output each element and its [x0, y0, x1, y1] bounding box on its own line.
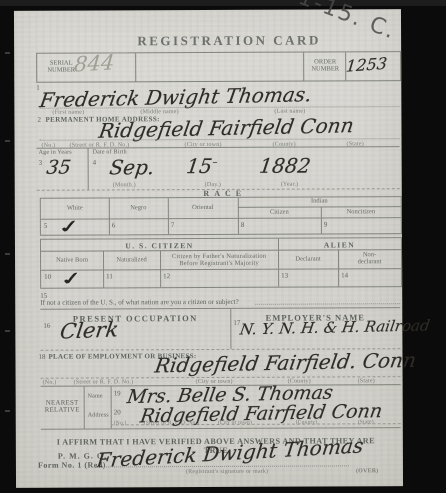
place-of-employment-value: Ridgefield Fairfield. Conn [153, 348, 418, 378]
film-tick [5, 253, 10, 255]
relative-state-label: (State) [358, 419, 374, 425]
dotted-line [94, 465, 349, 467]
birth-month-value: Sep. [108, 155, 156, 179]
occupation-value: Clerk [59, 317, 121, 343]
native-born-label: Native Born [41, 256, 103, 263]
film-tick [5, 52, 10, 54]
age-header: Age in Years [39, 150, 72, 156]
race-white-checkmark: ✓ [57, 216, 82, 239]
rule [41, 268, 401, 271]
divider [84, 387, 85, 429]
employer-value: N. Y. N. H. & H. Railroad [239, 316, 432, 338]
item-3-number: 3 [39, 159, 43, 167]
film-tick [5, 330, 10, 332]
non-declarant-number: 14 [341, 271, 348, 279]
registration-card: REGISTRATION CARD 6-1-15. C. SERIAL NUMB… [14, 9, 403, 488]
rule [41, 217, 401, 220]
relative-city-label: (City or town) [218, 420, 252, 426]
item-17-number: 17 [233, 319, 240, 327]
citizen-by-father-label: Citizen by Father's Naturalization Befor… [160, 253, 278, 268]
serial-number-value: 844 [73, 50, 115, 76]
naturalized-label: Naturalized [103, 256, 160, 263]
divider [109, 198, 110, 234]
dotted-line [40, 138, 400, 141]
order-number-label: ORDER NUMBER [305, 58, 345, 72]
birth-day-value: 15– [185, 154, 219, 178]
film-tick [5, 140, 10, 142]
declarant-label: Declarant [278, 255, 338, 262]
question-15-text: If not a citizen of the U. S., of what n… [40, 298, 239, 307]
race-indian-citizen-label: Citizen [238, 209, 321, 216]
order-number-value: 1253 [345, 54, 388, 76]
citizenship-table: U. S. CITIZEN ALIEN Native Born Naturali… [40, 237, 402, 289]
citizen-by-father-number: 12 [163, 272, 170, 280]
film-tick [5, 410, 10, 412]
divider [111, 386, 112, 428]
age-value: 35 [45, 157, 72, 179]
divider [168, 198, 169, 234]
native-born-number: 10 [44, 273, 51, 281]
relative-address-label: Address [88, 412, 109, 418]
film-edge-top [0, 0, 446, 6]
native-born-checkmark: ✓ [59, 268, 84, 291]
relative-street-label: (Street or R. F. D. No.) [144, 420, 199, 426]
declarant-number: 13 [281, 272, 288, 280]
race-negro-number: 6 [112, 221, 116, 229]
naturalized-number: 11 [106, 272, 113, 280]
race-white-number: 5 [44, 222, 48, 230]
item-1-number: 1 [36, 84, 40, 92]
divider [135, 53, 136, 81]
relative-no-label: (No.) [114, 420, 127, 426]
divider [303, 53, 304, 81]
divider [321, 207, 322, 234]
item-18-number: 18 [38, 353, 45, 361]
divider [278, 239, 279, 287]
birth-day-mark: – [212, 157, 218, 168]
non-declarant-label: Non- declarant [338, 251, 401, 265]
relative-county-label: (County) [296, 420, 317, 426]
race-negro-label: Negro [109, 204, 168, 211]
item-4-number: 4 [93, 158, 97, 166]
birth-day-text: 15 [185, 154, 214, 178]
nearest-relative-label: NEAREST RELATIVE [41, 400, 84, 414]
signature-caption: (Registrant's signature or mark) [186, 469, 268, 475]
dotted-line [255, 303, 400, 305]
race-indian-label: Indian [238, 197, 401, 205]
year-label: (Year.) [281, 182, 299, 188]
divider [230, 309, 231, 349]
race-white-label: White [41, 204, 109, 211]
item-20-number: 20 [114, 408, 121, 416]
dotted-line [39, 106, 399, 109]
divider [238, 198, 239, 234]
item-16-number: 16 [43, 322, 50, 330]
race-table: White Negro Oriental Indian Citizen Nonc… [40, 196, 402, 236]
month-label: (Month.) [113, 182, 136, 188]
race-indian-noncitizen-number: 9 [324, 220, 328, 228]
card-title: REGISTRATION CARD [124, 32, 334, 49]
rule [37, 146, 400, 149]
race-oriental-number: 7 [171, 221, 175, 229]
over-label: (OVER) [356, 468, 379, 474]
race-indian-noncitizen-label: Noncitizen [321, 208, 401, 215]
item-19-number: 19 [114, 389, 121, 397]
item-2-number: 2 [37, 116, 41, 124]
birth-year-value: 1882 [258, 154, 312, 178]
divider [88, 148, 89, 190]
race-indian-citizen-number: 8 [241, 221, 245, 229]
day-label: (Day.) [205, 182, 221, 188]
race-oriental-label: Oriental [168, 204, 238, 211]
relative-name-label: Name [88, 393, 103, 399]
